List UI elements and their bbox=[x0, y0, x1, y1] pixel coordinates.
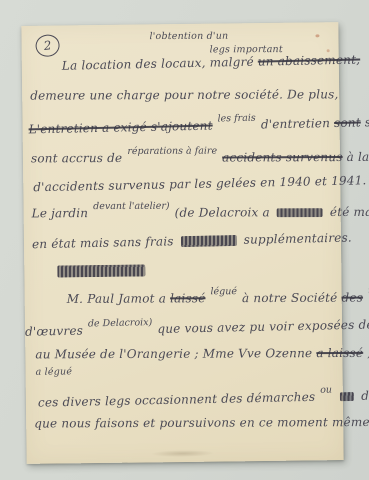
handwritten-line-2: demeure une charge pour notre société. D… bbox=[30, 87, 338, 102]
struck-text: laissé bbox=[170, 291, 206, 305]
line-text: (de Delacroix a bbox=[175, 205, 270, 219]
line-text: que vous avez pu voir exposées dernièrem… bbox=[157, 316, 369, 336]
interlinear-insert: les frais bbox=[217, 113, 255, 125]
handwritten-line-11b: a légué bbox=[36, 366, 73, 377]
line-text: à la suite bbox=[347, 150, 369, 164]
handwritten-line-1: La location des locaux, malgré un abaiss… bbox=[62, 53, 361, 73]
line-text: été maintenu bbox=[330, 205, 369, 219]
struck-text: accidents survenus bbox=[222, 150, 343, 165]
line-text: à notre Société bbox=[242, 291, 337, 305]
handwritten-line-13: que nous faisons et poursuivons en ce mo… bbox=[34, 415, 369, 430]
insert-text: l'obtention d'un bbox=[149, 31, 228, 42]
interlinear-insert: devant l'atelier) bbox=[93, 201, 169, 212]
scribbled-out-word bbox=[57, 264, 145, 277]
handwritten-line-6: Le jardin devant l'atelier) (de Delacroi… bbox=[32, 205, 369, 221]
rust-stain bbox=[327, 49, 330, 52]
line-text: se bbox=[365, 115, 369, 129]
scribbled-out-word bbox=[277, 208, 323, 217]
line-text: des règlements bbox=[361, 387, 369, 403]
line-text: que nous faisons et poursuivons en ce mo… bbox=[34, 415, 369, 430]
handwritten-line-10: d'œuvres de Delacroix) que vous avez pu … bbox=[25, 316, 369, 339]
line-text: d'accidents survenus par les gelées en 1… bbox=[33, 173, 366, 194]
photo-of-manuscript: { "doc": { "page_number": "2", "insert_t… bbox=[0, 0, 369, 480]
scribbled-out-word bbox=[181, 235, 237, 247]
line-text: supplémentaires. bbox=[244, 231, 353, 247]
manuscript-page: 2 l'obtention d'un legs important La loc… bbox=[21, 22, 343, 464]
interlinear-insert-top: l'obtention d'un bbox=[149, 31, 228, 42]
handwritten-line-4: sont accrus de réparations à faire accid… bbox=[31, 150, 369, 166]
handwritten-line-5: d'accidents survenus par les gelées en 1… bbox=[33, 173, 366, 194]
page-number: 2 bbox=[43, 38, 52, 53]
handwritten-line-3: L'entretien a exigé s'ajoutent les frais… bbox=[28, 115, 369, 136]
smudge-stain bbox=[151, 450, 215, 458]
line-text: d'œuvres bbox=[25, 324, 83, 339]
handwritten-line-11: au Musée de l'Orangerie ; Mme Vve Ozenne… bbox=[35, 346, 369, 362]
line-text: d'entretien bbox=[261, 116, 330, 131]
line-text: sont accrus de bbox=[31, 151, 122, 165]
handwritten-line-8 bbox=[54, 262, 148, 277]
handwritten-line-9: M. Paul Jamot a laissé légué à notre Soc… bbox=[67, 290, 369, 306]
line-text: en état mais sans frais bbox=[32, 234, 174, 251]
line-text: ces divers legs occasionnent des démarch… bbox=[38, 390, 316, 410]
line-text: La location des locaux, malgré bbox=[62, 55, 254, 73]
page-number-circled: 2 bbox=[34, 33, 60, 58]
line-text: Le jardin bbox=[32, 206, 89, 220]
scribbled-out-word bbox=[340, 392, 354, 401]
handwritten-line-12: ces divers legs occasionnent des démarch… bbox=[38, 387, 369, 410]
rust-stain bbox=[315, 34, 319, 37]
struck-text: un abaissement, bbox=[258, 53, 361, 69]
interlinear-insert: a légué bbox=[36, 366, 73, 377]
interlinear-insert: ou bbox=[320, 384, 332, 395]
line-text: demeure une charge pour notre société. D… bbox=[30, 87, 338, 102]
struck-text: L'entretien a exigé s'ajoutent bbox=[28, 119, 212, 137]
interlinear-insert: de Delacroix) bbox=[88, 317, 153, 329]
handwritten-line-7: en état mais sans frais supplémentaires. bbox=[32, 231, 352, 252]
struck-text: sont bbox=[334, 115, 361, 130]
line-text: M. Paul Jamot a bbox=[67, 291, 166, 305]
interlinear-insert: réparations à faire bbox=[127, 146, 217, 157]
interlinear-insert: légué bbox=[210, 286, 237, 297]
struck-text: a laissé bbox=[316, 346, 363, 360]
line-text: au Musée de l'Orangerie ; Mme Vve Ozenne bbox=[35, 346, 312, 361]
struck-text: des bbox=[341, 291, 363, 305]
